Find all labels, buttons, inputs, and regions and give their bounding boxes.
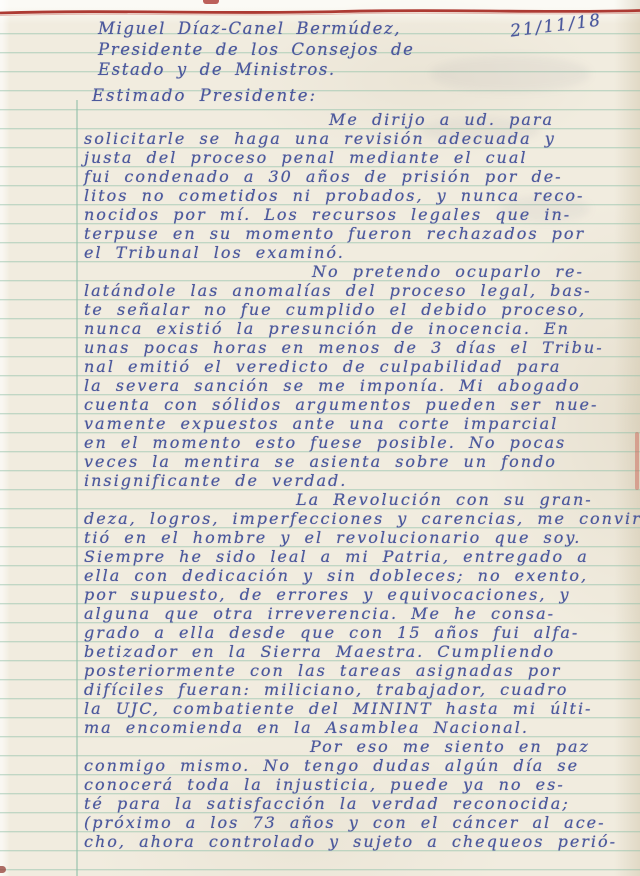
handwritten-line: betizador en la Sierra Maestra. Cumplien…: [84, 642, 636, 661]
handwritten-line: insignificante de verdad.: [84, 471, 636, 490]
recipient-line: Miguel Díaz-Canel Bermúdez,: [98, 19, 415, 40]
handwritten-line: tió en el hombre y el revolucionario que…: [84, 528, 636, 547]
handwritten-line: nunca existió la presunción de inocencia…: [84, 319, 636, 338]
handwritten-line: en el momento esto fuese posible. No poc…: [84, 433, 636, 452]
recipient-line: Presidente de los Consejos de: [98, 40, 415, 61]
bottom-left-ink-mark: [0, 866, 6, 873]
handwritten-line: latándole las anomalías del proceso lega…: [84, 281, 636, 300]
handwritten-line: posteriormente con las tareas asignadas …: [84, 661, 636, 680]
handwritten-line: fui condenado a 30 años de prisión por d…: [84, 167, 636, 186]
handwritten-line: solicitarle se haga una revisión adecuad…: [84, 129, 636, 148]
handwritten-line: Siempre he sido leal a mi Patria, entreg…: [84, 547, 636, 566]
handwritten-line: alguna que otra irreverencia. Me he cons…: [84, 604, 636, 623]
handwritten-line: nal emitió el veredicto de culpabilidad …: [84, 357, 636, 376]
handwritten-line: Por eso me siento en paz: [84, 737, 636, 756]
handwritten-line: por supuesto, de errores y equivocacione…: [84, 585, 636, 604]
handwritten-line: la UJC, combatiente del MININT hasta mi …: [84, 699, 636, 718]
paper-smudge: [430, 56, 590, 92]
handwritten-line: terpuse en su momento fueron rechazados …: [84, 224, 636, 243]
handwritten-line: unas pocas horas en menos de 3 días el T…: [84, 338, 636, 357]
handwritten-line: veces la mentira se asienta sobre un fon…: [84, 452, 636, 471]
letter-date: 21/11/18: [509, 10, 603, 41]
letter-body: Me dirijo a ud. parasolicitarle se haga …: [84, 110, 636, 851]
handwritten-line: té para la satisfacción la verdad recono…: [84, 794, 636, 813]
handwritten-line: ma encomienda en la Asamblea Nacional.: [84, 718, 636, 737]
handwritten-line: conocerá toda la injusticia, puede ya no…: [84, 775, 636, 794]
handwritten-line: el Tribunal los examinó.: [84, 243, 636, 262]
handwritten-line: Me dirijo a ud. para: [84, 110, 636, 129]
salutation-line: Estimado Presidente:: [92, 86, 317, 105]
handwritten-line: La Revolución con su gran-: [84, 490, 636, 509]
handwritten-line: conmigo mismo. No tengo dudas algún día …: [84, 756, 636, 775]
letter-page: 21/11/18 Miguel Díaz-Canel Bermúdez,Pres…: [0, 0, 640, 876]
handwritten-line: difíciles fueran: miliciano, trabajador,…: [84, 680, 636, 699]
handwritten-line: deza, logros, imperfecciones y carencias…: [84, 509, 636, 528]
vertical-margin-line: [76, 100, 78, 876]
handwritten-line: justa del proceso penal mediante el cual: [84, 148, 636, 167]
handwritten-line: la severa sanción se me imponía. Mi abog…: [84, 376, 636, 395]
handwritten-line: te señalar no fue cumplido el debido pro…: [84, 300, 636, 319]
handwritten-line: No pretendo ocuparlo re-: [84, 262, 636, 281]
recipient-block: Miguel Díaz-Canel Bermúdez,Presidente de…: [98, 19, 415, 81]
red-edge-notch: [203, 0, 219, 4]
handwritten-line: litos no cometidos ni probados, y nunca …: [84, 186, 636, 205]
recipient-line: Estado y de Ministros.: [98, 60, 415, 81]
handwritten-line: cho, ahora controlado y sujeto a chequeo…: [84, 832, 636, 851]
handwritten-line: cuenta con sólidos argumentos pueden ser…: [84, 395, 636, 414]
handwritten-line: vamente expuestos ante una corte imparci…: [84, 414, 636, 433]
handwritten-line: nocidos por mí. Los recursos legales que…: [84, 205, 636, 224]
handwritten-line: (próximo a los 73 años y con el cáncer a…: [84, 813, 636, 832]
handwritten-line: grado a ella desde que con 15 años fui a…: [84, 623, 636, 642]
handwritten-line: ella con dedicación y sin dobleces; no e…: [84, 566, 636, 585]
